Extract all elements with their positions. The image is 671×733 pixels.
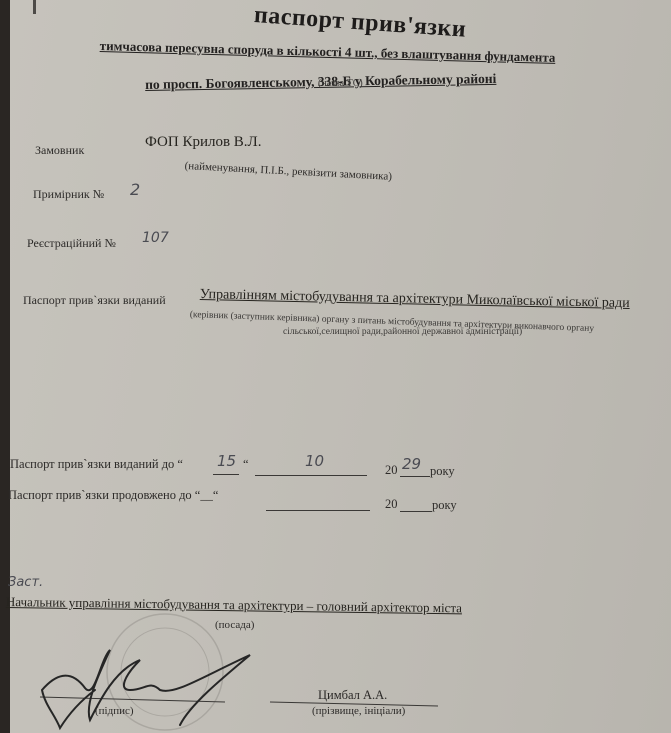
stamp-and-signature — [0, 0, 671, 733]
name-caption: (прізвище, ініціали) — [312, 705, 405, 717]
signatory-name: Цимбал А.А. — [318, 688, 387, 703]
signature-caption: (підпис) — [95, 705, 134, 717]
signature-icon — [42, 650, 250, 728]
